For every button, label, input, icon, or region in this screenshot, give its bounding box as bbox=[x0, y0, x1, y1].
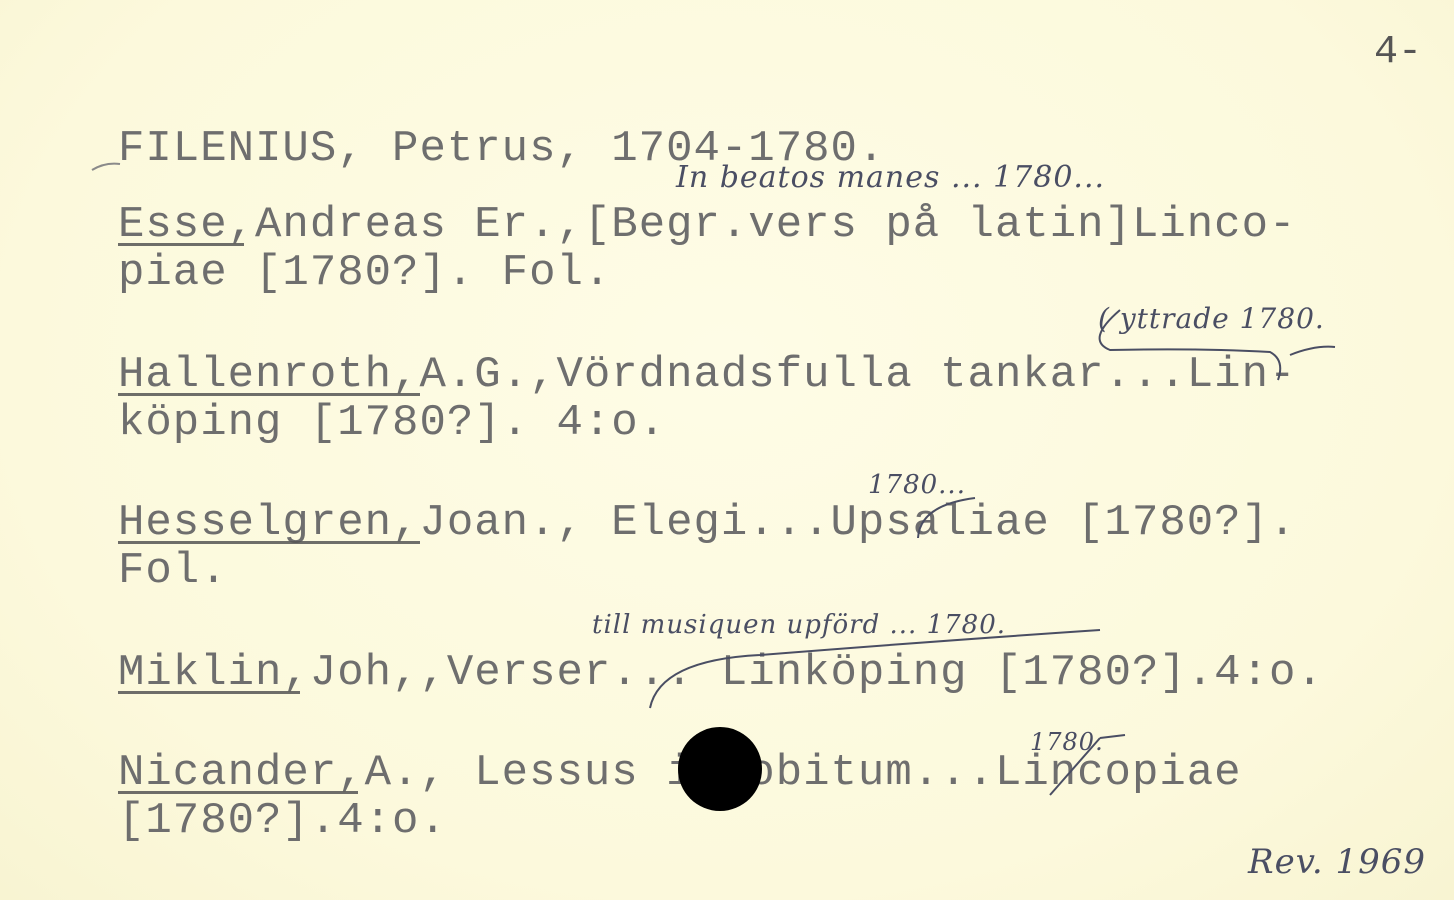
punch-hole bbox=[678, 727, 762, 811]
entry-2-author-underline bbox=[118, 393, 420, 396]
revision-note: Rev. 1969 bbox=[1248, 842, 1426, 882]
entry-5-line-2: [1780?].4:o. bbox=[118, 798, 447, 844]
entry-3-line-1: Hesselgren,Joan., Elegi...Upsaliae [1780… bbox=[118, 500, 1296, 546]
entry-5-author-underline bbox=[118, 791, 358, 794]
entry-5-title: ,A., Lessus in obitum...Lincopiae bbox=[337, 748, 1241, 798]
entry-2-line-2: köping [1780?]. 4:o. bbox=[118, 400, 666, 446]
entry-2-title: ,A.G.,Vördnadsfulla tankar...Lin- bbox=[392, 350, 1296, 400]
entry-2-line-1: Hallenroth,A.G.,Vördnadsfulla tankar...L… bbox=[118, 352, 1296, 398]
handwritten-annotation-2: ( yttrade 1780. bbox=[1098, 302, 1325, 335]
entry-3-author-underline bbox=[118, 541, 420, 544]
entry-4-line-1: Miklin,Joh,,Verser... Linköping [1780?].… bbox=[118, 650, 1324, 696]
entry-3-title: ,Joan., Elegi...Upsaliae [1780?]. bbox=[392, 498, 1296, 548]
entry-1-author-underline bbox=[118, 243, 244, 246]
entry-1-title: ,Andreas Er.,[Begr.vers på latin]Linco- bbox=[228, 200, 1297, 250]
entry-1-line-1: Esse,Andreas Er.,[Begr.vers på latin]Lin… bbox=[118, 202, 1296, 248]
catalog-card: 4- FILENIUS, Petrus, 1704-1780. In beato… bbox=[0, 0, 1454, 900]
entry-4-author-underline bbox=[118, 691, 300, 694]
handwritten-annotation-3: 1780... bbox=[868, 470, 966, 500]
entry-4-title: ,Joh,,Verser... Linköping [1780?].4:o. bbox=[282, 648, 1323, 698]
page-number: 4- bbox=[1374, 30, 1422, 75]
entry-1-line-2: piae [1780?]. Fol. bbox=[118, 250, 611, 296]
entry-3-line-2: Fol. bbox=[118, 548, 228, 594]
handwritten-annotation-1: In beatos manes ... 1780... bbox=[676, 160, 1105, 195]
handwritten-annotation-4: till musiquen upförd ... 1780. bbox=[592, 610, 1006, 640]
